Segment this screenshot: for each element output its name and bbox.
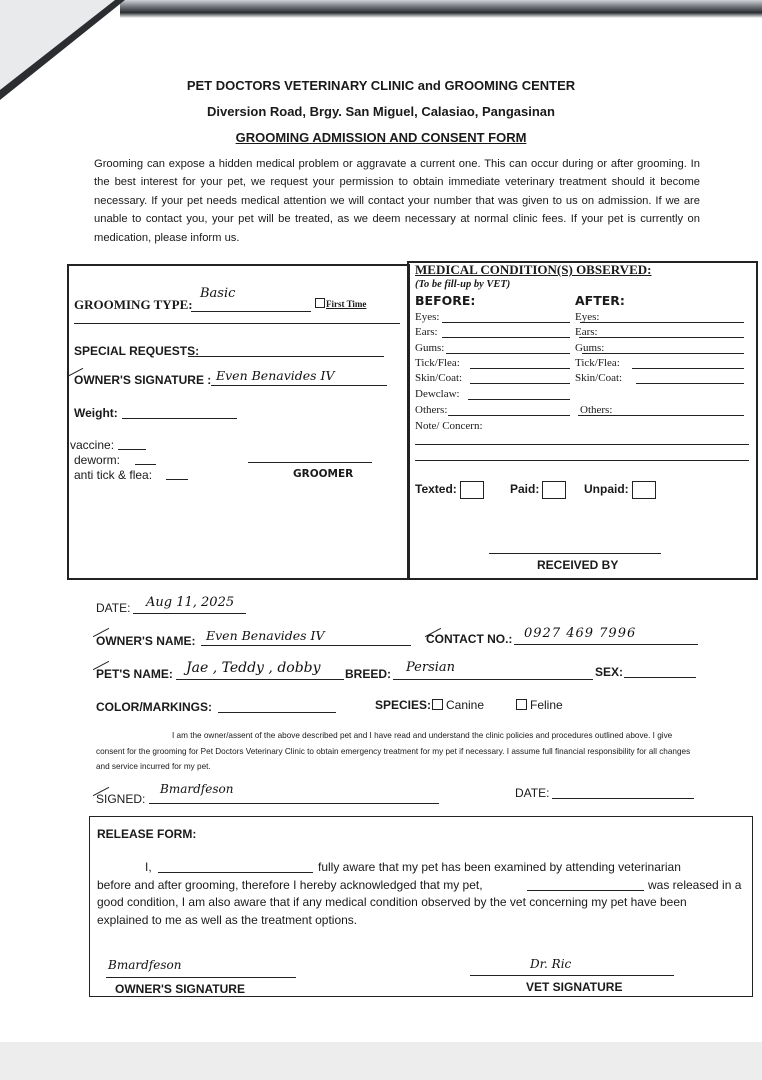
pet-name-line	[176, 679, 344, 680]
release-i: I,	[145, 860, 152, 874]
after-field-input[interactable]	[636, 383, 744, 384]
texted-field: Texted:	[415, 481, 484, 499]
sex-label: SEX:	[595, 665, 623, 679]
groomer-signature-line[interactable]	[248, 462, 372, 463]
owner-signature-value[interactable]: Even Benavides IV	[216, 368, 335, 383]
owner-name-label: OWNER'S NAME:	[96, 634, 196, 648]
deworm-label: deworm:	[74, 453, 120, 467]
vaccine-label: vaccine:	[70, 438, 114, 452]
signed-label: SIGNED:	[96, 792, 145, 806]
deworm-field[interactable]	[135, 464, 156, 465]
first-time-checkbox[interactable]: First Time	[315, 298, 366, 309]
medical-subtitle: (To be fill-up by VET)	[415, 279, 510, 290]
texted-checkbox[interactable]	[460, 481, 484, 499]
release-owner-signature-value[interactable]: Bmardfeson	[108, 958, 181, 972]
after-field-input[interactable]	[582, 353, 744, 354]
after-field-input[interactable]	[580, 322, 744, 323]
form-title: GROOMING ADMISSION AND CONSENT FORM	[0, 130, 762, 145]
note-line-1[interactable]	[415, 444, 749, 445]
release-line-2b: was released in a	[648, 878, 741, 892]
before-field-label: Gums:	[415, 342, 444, 354]
received-by-label: RECEIVED BY	[537, 558, 618, 572]
before-field-input[interactable]	[448, 415, 570, 416]
consent-text: I am the owner/assent of the above descr…	[96, 728, 701, 775]
release-pet-field[interactable]	[527, 890, 644, 891]
before-field-label: Others:	[415, 404, 447, 416]
after-field-input[interactable]	[632, 368, 744, 369]
weight-field[interactable]	[122, 418, 237, 419]
before-field-label: Dewclaw:	[415, 388, 460, 400]
species-canine[interactable]: Canine	[432, 698, 484, 712]
owner-signature-label: OWNER'S SIGNATURE :	[74, 373, 211, 387]
breed-label: BREED:	[345, 667, 391, 681]
special-requests-label: SPECIAL REQUESTS:	[74, 344, 199, 358]
clinic-name: PET DOCTORS VETERINARY CLINIC and GROOMI…	[0, 78, 762, 93]
note-line-2[interactable]	[415, 460, 749, 461]
note-concern-label: Note/ Concern:	[415, 420, 483, 432]
owner-name-line	[201, 645, 411, 646]
pet-name-label: PET'S NAME:	[96, 667, 173, 681]
before-field-input[interactable]	[470, 368, 570, 369]
before-field-label: Skin/Coat:	[415, 372, 462, 384]
grooming-type-line	[191, 311, 311, 312]
grooming-type-value[interactable]: Basic	[200, 286, 235, 301]
date-value[interactable]: Aug 11, 2025	[146, 595, 234, 610]
before-field-label: Ears:	[415, 326, 438, 338]
signed-value[interactable]: Bmardfeson	[160, 782, 233, 796]
before-field: Others:	[415, 404, 447, 416]
species-label: SPECIES:	[375, 698, 431, 712]
vet-signature-value[interactable]: Dr. Ric	[530, 957, 571, 971]
vet-signature-label: VET SIGNATURE	[526, 980, 622, 994]
before-field: Ears:	[415, 326, 438, 338]
feline-label: Feline	[530, 698, 563, 712]
after-field-input[interactable]	[579, 337, 744, 338]
after-label: AFTER:	[575, 293, 625, 308]
release-title: RELEASE FORM:	[97, 827, 196, 841]
release-line-3: good condition, I am also aware that if …	[97, 895, 687, 909]
scan-edge-top	[120, 0, 762, 18]
vaccine-field[interactable]	[118, 449, 146, 450]
unpaid-checkbox[interactable]	[632, 481, 656, 499]
clinic-address: Diversion Road, Brgy. San Miguel, Calasi…	[0, 104, 762, 119]
canine-label: Canine	[446, 698, 484, 712]
special-requests-field[interactable]	[188, 356, 384, 357]
before-field-input[interactable]	[470, 383, 570, 384]
release-line-1: fully aware that my pet has been examine…	[318, 860, 681, 874]
release-line-2a: before and after grooming, therefore I h…	[97, 878, 483, 892]
weight-label: Weight:	[74, 406, 118, 420]
after-field-input[interactable]	[578, 415, 744, 416]
form-page: PET DOCTORS VETERINARY CLINIC and GROOMI…	[0, 0, 762, 1045]
contact-line	[514, 644, 698, 645]
before-field: Dewclaw:	[415, 388, 460, 400]
feline-checkbox[interactable]	[516, 699, 527, 710]
signed-line	[149, 803, 439, 804]
antitick-field[interactable]	[166, 479, 188, 480]
pet-name-value[interactable]: Jae , Teddy , dobby	[186, 660, 321, 676]
owner-name-value[interactable]: Even Benavides IV	[206, 628, 325, 643]
before-field-input[interactable]	[442, 337, 570, 338]
release-line-4: explained to me as well as the treatment…	[97, 913, 357, 927]
before-field-label: Tick/Flea:	[415, 357, 460, 369]
before-field: Tick/Flea:	[415, 357, 460, 369]
after-field: Skin/Coat:	[575, 372, 622, 384]
scan-edge-bottom	[0, 1042, 762, 1080]
species-feline[interactable]: Feline	[516, 698, 563, 712]
consent-date-label: DATE:	[515, 786, 549, 800]
vet-signature-line	[470, 975, 674, 976]
after-field-label: Tick/Flea:	[575, 357, 620, 369]
release-name-field[interactable]	[158, 872, 313, 873]
before-field-input[interactable]	[446, 353, 570, 354]
first-time-box[interactable]	[315, 298, 325, 308]
received-by-line[interactable]	[489, 553, 661, 554]
groomer-label: GROOMER	[293, 468, 353, 480]
before-field: Skin/Coat:	[415, 372, 462, 384]
sex-field[interactable]	[624, 677, 696, 678]
paid-label: Paid:	[510, 482, 539, 496]
breed-line	[393, 679, 593, 680]
before-label: BEFORE:	[415, 293, 475, 308]
paid-checkbox[interactable]	[542, 481, 566, 499]
after-field: Tick/Flea:	[575, 357, 620, 369]
consent-date-field[interactable]	[552, 798, 694, 799]
unpaid-field: Unpaid:	[584, 481, 656, 499]
canine-checkbox[interactable]	[432, 699, 443, 710]
color-field[interactable]	[218, 712, 336, 713]
before-field-input[interactable]	[442, 322, 570, 323]
scan-corner-fold	[0, 0, 115, 90]
before-field-label: Eyes:	[415, 311, 439, 323]
before-field: Gums:	[415, 342, 444, 354]
paid-field: Paid:	[510, 481, 566, 499]
before-field: Eyes:	[415, 311, 439, 323]
antitick-label: anti tick & flea:	[74, 468, 152, 482]
first-time-label: First Time	[326, 299, 366, 309]
breed-value[interactable]: Persian	[406, 660, 455, 675]
grooming-type-extra-line	[74, 323, 400, 324]
contact-value[interactable]: 0927 469 7996	[524, 626, 636, 641]
contact-label: CONTACT NO.:	[426, 632, 512, 646]
after-field-label: Skin/Coat:	[575, 372, 622, 384]
date-label: DATE:	[96, 601, 130, 615]
before-field-input[interactable]	[468, 399, 570, 400]
color-label: COLOR/MARKINGS:	[96, 700, 212, 714]
date-line	[133, 613, 246, 614]
release-owner-signature-label: OWNER'S SIGNATURE	[115, 982, 245, 996]
medical-title: MEDICAL CONDITION(S) OBSERVED:	[415, 262, 651, 278]
grooming-type-label: GROOMING TYPE:	[74, 297, 193, 313]
texted-label: Texted:	[415, 482, 457, 496]
release-owner-signature-line	[106, 977, 296, 978]
owner-signature-line	[211, 385, 387, 386]
unpaid-label: Unpaid:	[584, 482, 629, 496]
intro-paragraph: Grooming can expose a hidden medical pro…	[94, 155, 700, 247]
